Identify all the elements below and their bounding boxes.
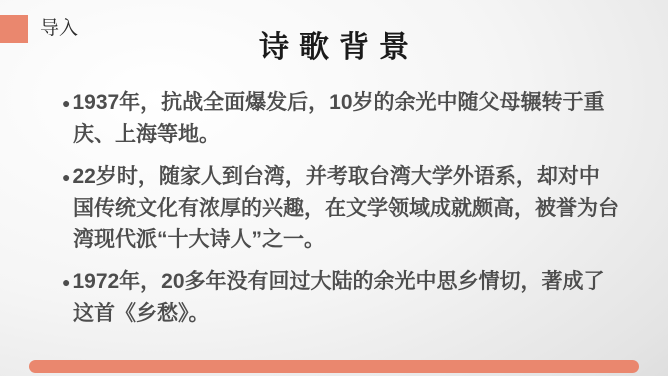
bullet-line: 22岁时，随家人到台湾，并考取台湾大学外语系，却对中: [72, 165, 599, 188]
footer-accent-bar: [29, 360, 639, 373]
bullet-line: 湾现代派“十大诗人”之一。: [73, 228, 325, 251]
bullet-item: ●1972年，20多年没有回过大陆的余光中思乡情切，著成了这首《乡愁》。: [62, 266, 642, 329]
bullet-line: 国传统文化有浓厚的兴趣，在文学领域成就颇高，被誉为台: [73, 197, 619, 220]
bullet-item: ●1937年，抗战全面爆发后，10岁的余光中随父母辗转于重庆、上海等地。: [62, 87, 642, 150]
bullet-line: 庆、上海等地。: [73, 123, 220, 146]
slide-title: 诗歌背景: [0, 27, 668, 69]
bullet-item: ●22岁时，随家人到台湾，并考取台湾大学外语系，却对中国传统文化有浓厚的兴趣，在…: [62, 161, 642, 255]
bullet-line: 这首《乡愁》。: [73, 302, 210, 325]
slide-canvas: 导入 诗歌背景 ●1937年，抗战全面爆发后，10岁的余光中随父母辗转于重庆、上…: [0, 0, 668, 376]
bullet-list: ●1937年，抗战全面爆发后，10岁的余光中随父母辗转于重庆、上海等地。●22岁…: [62, 87, 642, 329]
bullet-line: 1937年，抗战全面爆发后，10岁的余光中随父母辗转于重: [72, 91, 604, 114]
bullet-dot-icon: ●: [62, 169, 70, 185]
bullet-dot-icon: ●: [62, 95, 70, 111]
bullet-line: 1972年，20多年没有回过大陆的余光中思乡情切，著成了: [72, 270, 604, 293]
bullet-dot-icon: ●: [62, 274, 70, 290]
